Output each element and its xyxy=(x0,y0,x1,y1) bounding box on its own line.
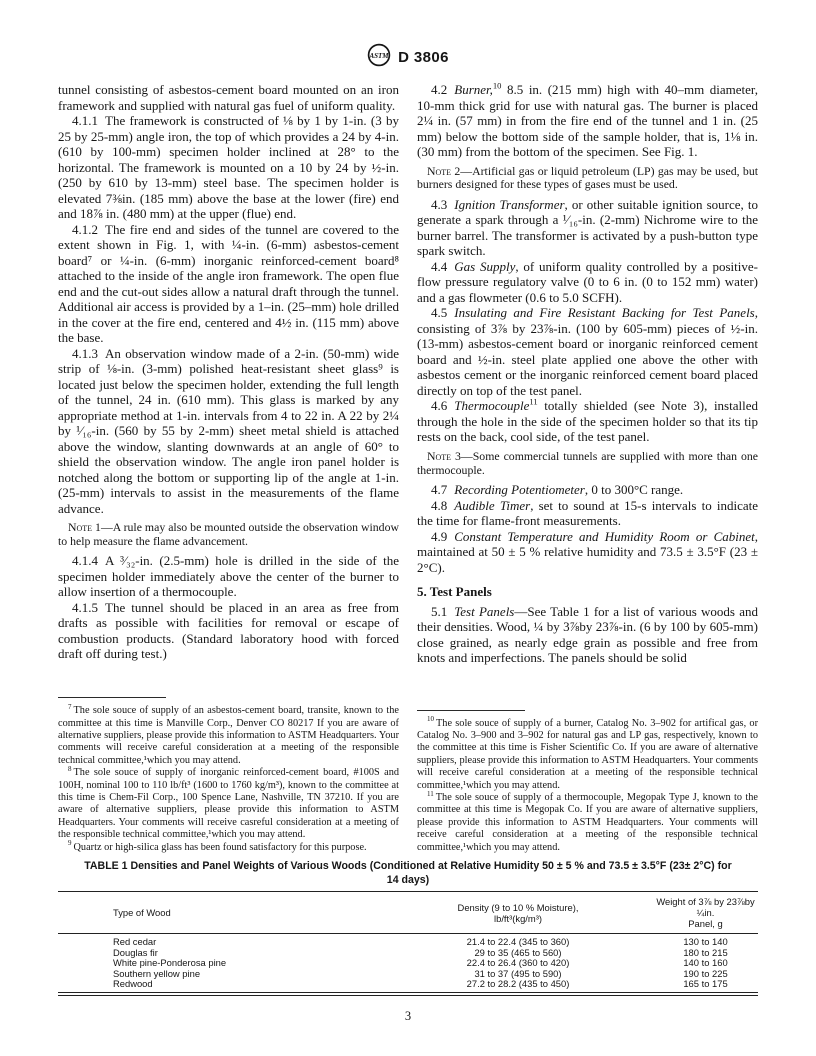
section-4-1-3: 4.1.3An observation window made of a 2-i… xyxy=(58,346,399,517)
doc-header: ASTM D 3806 xyxy=(58,44,758,70)
footnote-7: 7The sole souce of supply of an asbestos… xyxy=(58,705,399,767)
section-title: Audible Timer xyxy=(454,498,530,513)
footnote-11: 11The sole souce of supply of a thermoco… xyxy=(417,792,758,854)
section-number: 4.1.2 xyxy=(72,222,98,237)
section-4-1-4: 4.1.4A ³⁄₃₂-in. (2.5-mm) hole is drilled… xyxy=(58,553,399,600)
astm-logo-text: ASTM xyxy=(369,51,390,59)
document-page: ASTM D 3806 tunnel consisting of asbesto… xyxy=(0,0,816,1056)
section-title: Recording Potentiometer xyxy=(454,482,585,497)
section-title: Thermocouple xyxy=(454,398,529,413)
table-title: TABLE 1 Densities and Panel Weights of V… xyxy=(82,860,734,887)
section-4-4: 4.4Gas Supply, of uniform quality contro… xyxy=(417,259,758,306)
footnote-8: 8The sole souce of supply of inorganic r… xyxy=(58,767,399,841)
table-row: Redwood 27.2 to 28.2 (435 to 450) 165 to… xyxy=(58,979,758,992)
footnote-number: 9 xyxy=(68,839,72,847)
section-title: Insulating and Fire Resistant Backing fo… xyxy=(454,305,755,320)
section-4-8: 4.8Audible Timer, set to sound at 15-s i… xyxy=(417,498,758,529)
header-line: Density (9 to 10 % Moisture), xyxy=(383,902,653,913)
right-column: 4.2Burner,10 8.5 in. (215 mm) high with … xyxy=(417,82,758,854)
section-text: The framework is constructed of ⅛ by 1 b… xyxy=(58,113,399,221)
footnote-number: 7 xyxy=(68,703,72,711)
section-number: 4.7 xyxy=(431,482,447,497)
cell-weight: 130 to 140 xyxy=(653,934,758,948)
note-label: Note 2— xyxy=(427,164,472,178)
left-column: tunnel consisting of asbestos-cement boa… xyxy=(58,82,399,854)
astm-logo-icon: ASTM xyxy=(367,43,391,72)
section-number: 4.1.4 xyxy=(72,553,98,568)
header-line: Weight of 3⅞ by 23⅞by ¼in. xyxy=(653,896,758,918)
section-text: , 0 to 300°C range. xyxy=(585,482,683,497)
section-title: Gas Supply xyxy=(454,259,515,274)
section-5-1: 5.1Test Panels—See Table 1 for a list of… xyxy=(417,604,758,666)
section-4-3: 4.3Ignition Transformer, or other suitab… xyxy=(417,197,758,259)
col-header-weight: Weight of 3⅞ by 23⅞by ¼in.Panel, g xyxy=(653,892,758,934)
section-4-1-1: 4.1.1The framework is constructed of ⅛ b… xyxy=(58,113,399,222)
section-number: 4.3 xyxy=(431,197,447,212)
table-header-row: Type of Wood Density (9 to 10 % Moisture… xyxy=(58,892,758,934)
cell-wood: White pine-Ponderosa pine xyxy=(58,958,383,969)
cell-weight: 165 to 175 xyxy=(653,979,758,992)
section-number: 4.8 xyxy=(431,498,447,513)
cell-density: 21.4 to 22.4 (345 to 360) xyxy=(383,934,653,948)
footnote-10: 10The sole souce of supply of a burner, … xyxy=(417,718,758,792)
section-title: Burner, xyxy=(454,82,493,97)
section-number: 4.6 xyxy=(431,398,447,413)
footnote-9: 9Quartz or high-silica glass has been fo… xyxy=(58,842,399,854)
section-number: 4.4 xyxy=(431,259,447,274)
cell-wood: Red cedar xyxy=(58,934,383,948)
section-4-5: 4.5Insulating and Fire Resistant Backing… xyxy=(417,305,758,398)
footnote-text: The sole souce of supply of an asbestos-… xyxy=(58,705,399,766)
footnote-number: 10 xyxy=(427,715,434,723)
section-4-6: 4.6Thermocouple11 totally shielded (see … xyxy=(417,398,758,445)
footnote-number: 11 xyxy=(427,790,434,798)
footnote-ref: 11 xyxy=(529,397,537,407)
header-line: Type of Wood xyxy=(113,907,171,918)
footnote-rule xyxy=(58,697,166,698)
footnote-text: The sole souce of supply of a thermocoup… xyxy=(417,792,758,853)
footnote-rule xyxy=(417,710,525,711)
left-footnotes: 7The sole souce of supply of an asbestos… xyxy=(58,697,399,854)
section-4-9: 4.9Constant Temperature and Humidity Roo… xyxy=(417,529,758,576)
table-1-area: TABLE 1 Densities and Panel Weights of V… xyxy=(58,860,758,996)
footnote-text: The sole souce of supply of a burner, Ca… xyxy=(417,718,758,791)
section-4-1-2: 4.1.2The fire end and sides of the tunne… xyxy=(58,222,399,346)
footnote-number: 8 xyxy=(68,765,72,773)
section-number: 4.2 xyxy=(431,82,447,97)
cell-wood: Southern yellow pine xyxy=(58,969,383,980)
table-row: Southern yellow pine 31 to 37 (495 to 59… xyxy=(58,969,758,980)
section-title: Test Panels xyxy=(454,604,514,619)
section-text: The fire end and sides of the tunnel are… xyxy=(58,222,399,346)
section-text: An observation window made of a 2-in. (5… xyxy=(58,346,399,516)
note-label: Note 3— xyxy=(427,449,473,463)
col-header-density: Density (9 to 10 % Moisture),lb/ft³(kg/m… xyxy=(383,892,653,934)
note-label: Note 1— xyxy=(68,520,113,534)
section-title: Constant Temperature and Humidity Room o… xyxy=(454,529,755,544)
cell-density: 27.2 to 28.2 (435 to 450) xyxy=(383,979,653,992)
col-header-wood: Type of Wood xyxy=(58,892,383,934)
note-2: Note 2—Artificial gas or liquid petroleu… xyxy=(417,165,758,192)
cell-wood: Redwood xyxy=(58,979,383,992)
section-number: 4.1.1 xyxy=(72,113,98,128)
doc-number: D 3806 xyxy=(398,49,449,66)
header-line: lb/ft³(kg/m³) xyxy=(383,913,653,924)
page-number: 3 xyxy=(0,1009,816,1024)
section-number: 4.9 xyxy=(431,529,447,544)
section-number: 5.1 xyxy=(431,604,447,619)
section-number: 4.5 xyxy=(431,305,447,320)
table-1: Type of Wood Density (9 to 10 % Moisture… xyxy=(58,891,758,992)
section-number: 4.1.5 xyxy=(72,600,98,615)
section-4-2: 4.2Burner,10 8.5 in. (215 mm) high with … xyxy=(417,82,758,160)
section-4-1-5: 4.1.5The tunnel should be placed in an a… xyxy=(58,600,399,662)
page-content: ASTM D 3806 tunnel consisting of asbesto… xyxy=(58,44,758,996)
two-column-body: tunnel consisting of asbestos-cement boa… xyxy=(58,82,758,854)
table-bottom-rule xyxy=(58,992,758,996)
paragraph-continuation: tunnel consisting of asbestos-cement boa… xyxy=(58,82,399,113)
table-row: Red cedar 21.4 to 22.4 (345 to 360) 130 … xyxy=(58,934,758,948)
section-number: 4.1.3 xyxy=(72,346,98,361)
note-3: Note 3—Some commercial tunnels are suppl… xyxy=(417,450,758,477)
heading-test-panels: 5. Test Panels xyxy=(417,584,758,600)
section-title: Ignition Transformer xyxy=(454,197,564,212)
section-text: The tunnel should be placed in an area a… xyxy=(58,600,399,662)
footnote-text: Quartz or high-silica glass has been fou… xyxy=(74,842,367,853)
header-line: Panel, g xyxy=(653,918,758,929)
section-4-7: 4.7Recording Potentiometer, 0 to 300°C r… xyxy=(417,482,758,498)
note-1: Note 1—A rule may also be mounted outsid… xyxy=(58,521,399,548)
right-footnotes: 10The sole souce of supply of a burner, … xyxy=(417,710,758,854)
footnote-text: The sole souce of supply of inorganic re… xyxy=(58,767,399,840)
section-text: A ³⁄₃₂-in. (2.5-mm) hole is drilled in t… xyxy=(58,553,399,599)
